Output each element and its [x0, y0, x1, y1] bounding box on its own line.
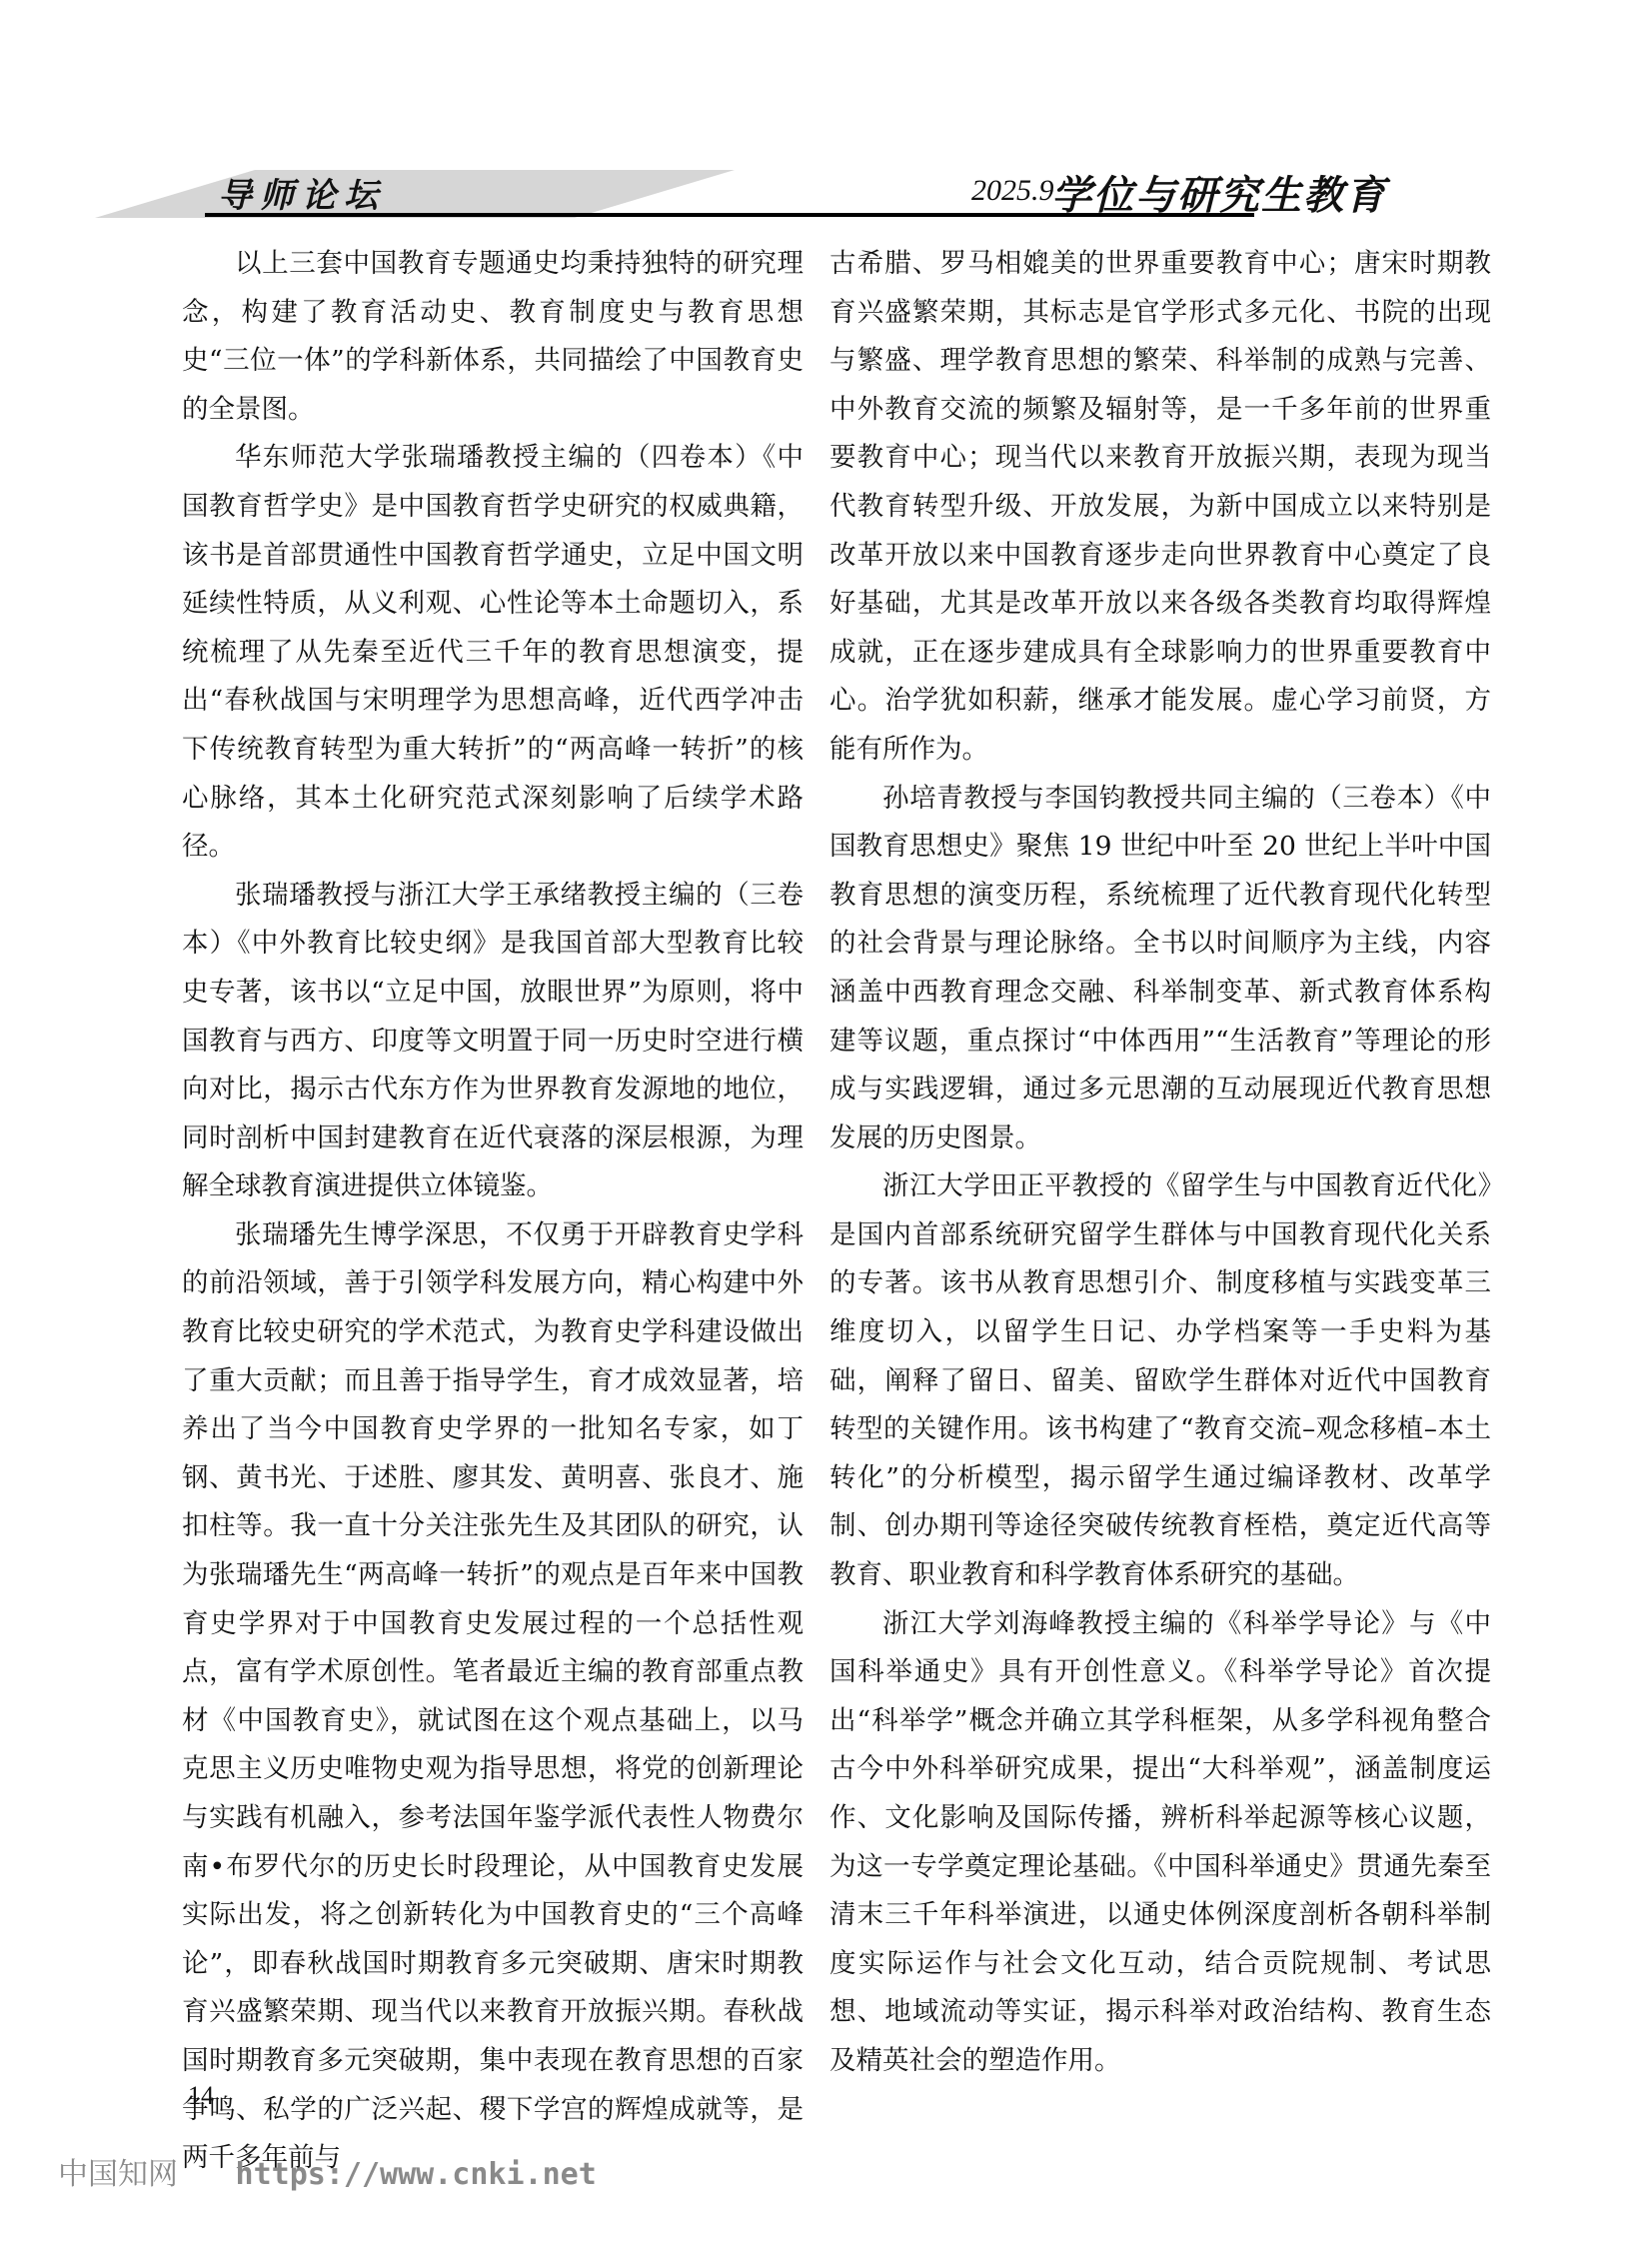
right-column: 古希腊、罗马相媲美的世界重要教育中心；唐宋时期教育兴盛繁荣期，其标志是官学形式多…: [829, 240, 1491, 2086]
page-number: 14: [188, 2081, 214, 2111]
header-rule-left: [205, 213, 829, 217]
running-header: 导师论坛 2025.9 学位与研究生教育: [0, 130, 1652, 240]
paragraph: 华东师范大学张瑞璠教授主编的（四卷本）《中国教育哲学史》是中国教育哲学史研究的权…: [182, 434, 804, 871]
paragraph: 张瑞璠教授与浙江大学王承绪教授主编的（三卷本）《中外教育比较史纲》是我国首部大型…: [182, 872, 804, 1211]
left-column: 以上三套中国教育专题通史均秉持独特的研究理念，构建了教育活动史、教育制度史与教育…: [182, 240, 804, 2183]
paragraph: 张瑞璠先生博学深思，不仅勇于开辟教育史学科的前沿领域，善于引领学科发展方向，精心…: [182, 1211, 804, 2183]
paragraph: 浙江大学刘海峰教授主编的《科举学导论》与《中国科举通史》具有开创性意义。《科举学…: [829, 1600, 1491, 2086]
site-url[interactable]: https://www.cnki.net: [236, 2157, 597, 2192]
site-name: 中国知网: [58, 2157, 178, 2192]
header-parallelogram-decoration: [95, 170, 735, 218]
watermark-footer: 中国知网 https://www.cnki.net: [58, 2149, 597, 2193]
paragraph: 浙江大学田正平教授的《留学生与中国教育近代化》是国内首部系统研究留学生群体与中国…: [829, 1162, 1491, 1599]
paragraph-continued: 古希腊、罗马相媲美的世界重要教育中心；唐宋时期教育兴盛繁荣期，其标志是官学形式多…: [829, 240, 1491, 775]
section-title: 导师论坛: [218, 168, 386, 217]
issue-number: 2025.9: [971, 174, 1054, 208]
journal-title: 学位与研究生教育: [1051, 164, 1387, 221]
paragraph: 孙培青教授与李国钧教授共同主编的（三卷本）《中国教育思想史》聚焦 19 世纪中叶…: [829, 775, 1491, 1163]
paragraph: 以上三套中国教育专题通史均秉持独特的研究理念，构建了教育活动史、教育制度史与教育…: [182, 240, 804, 434]
